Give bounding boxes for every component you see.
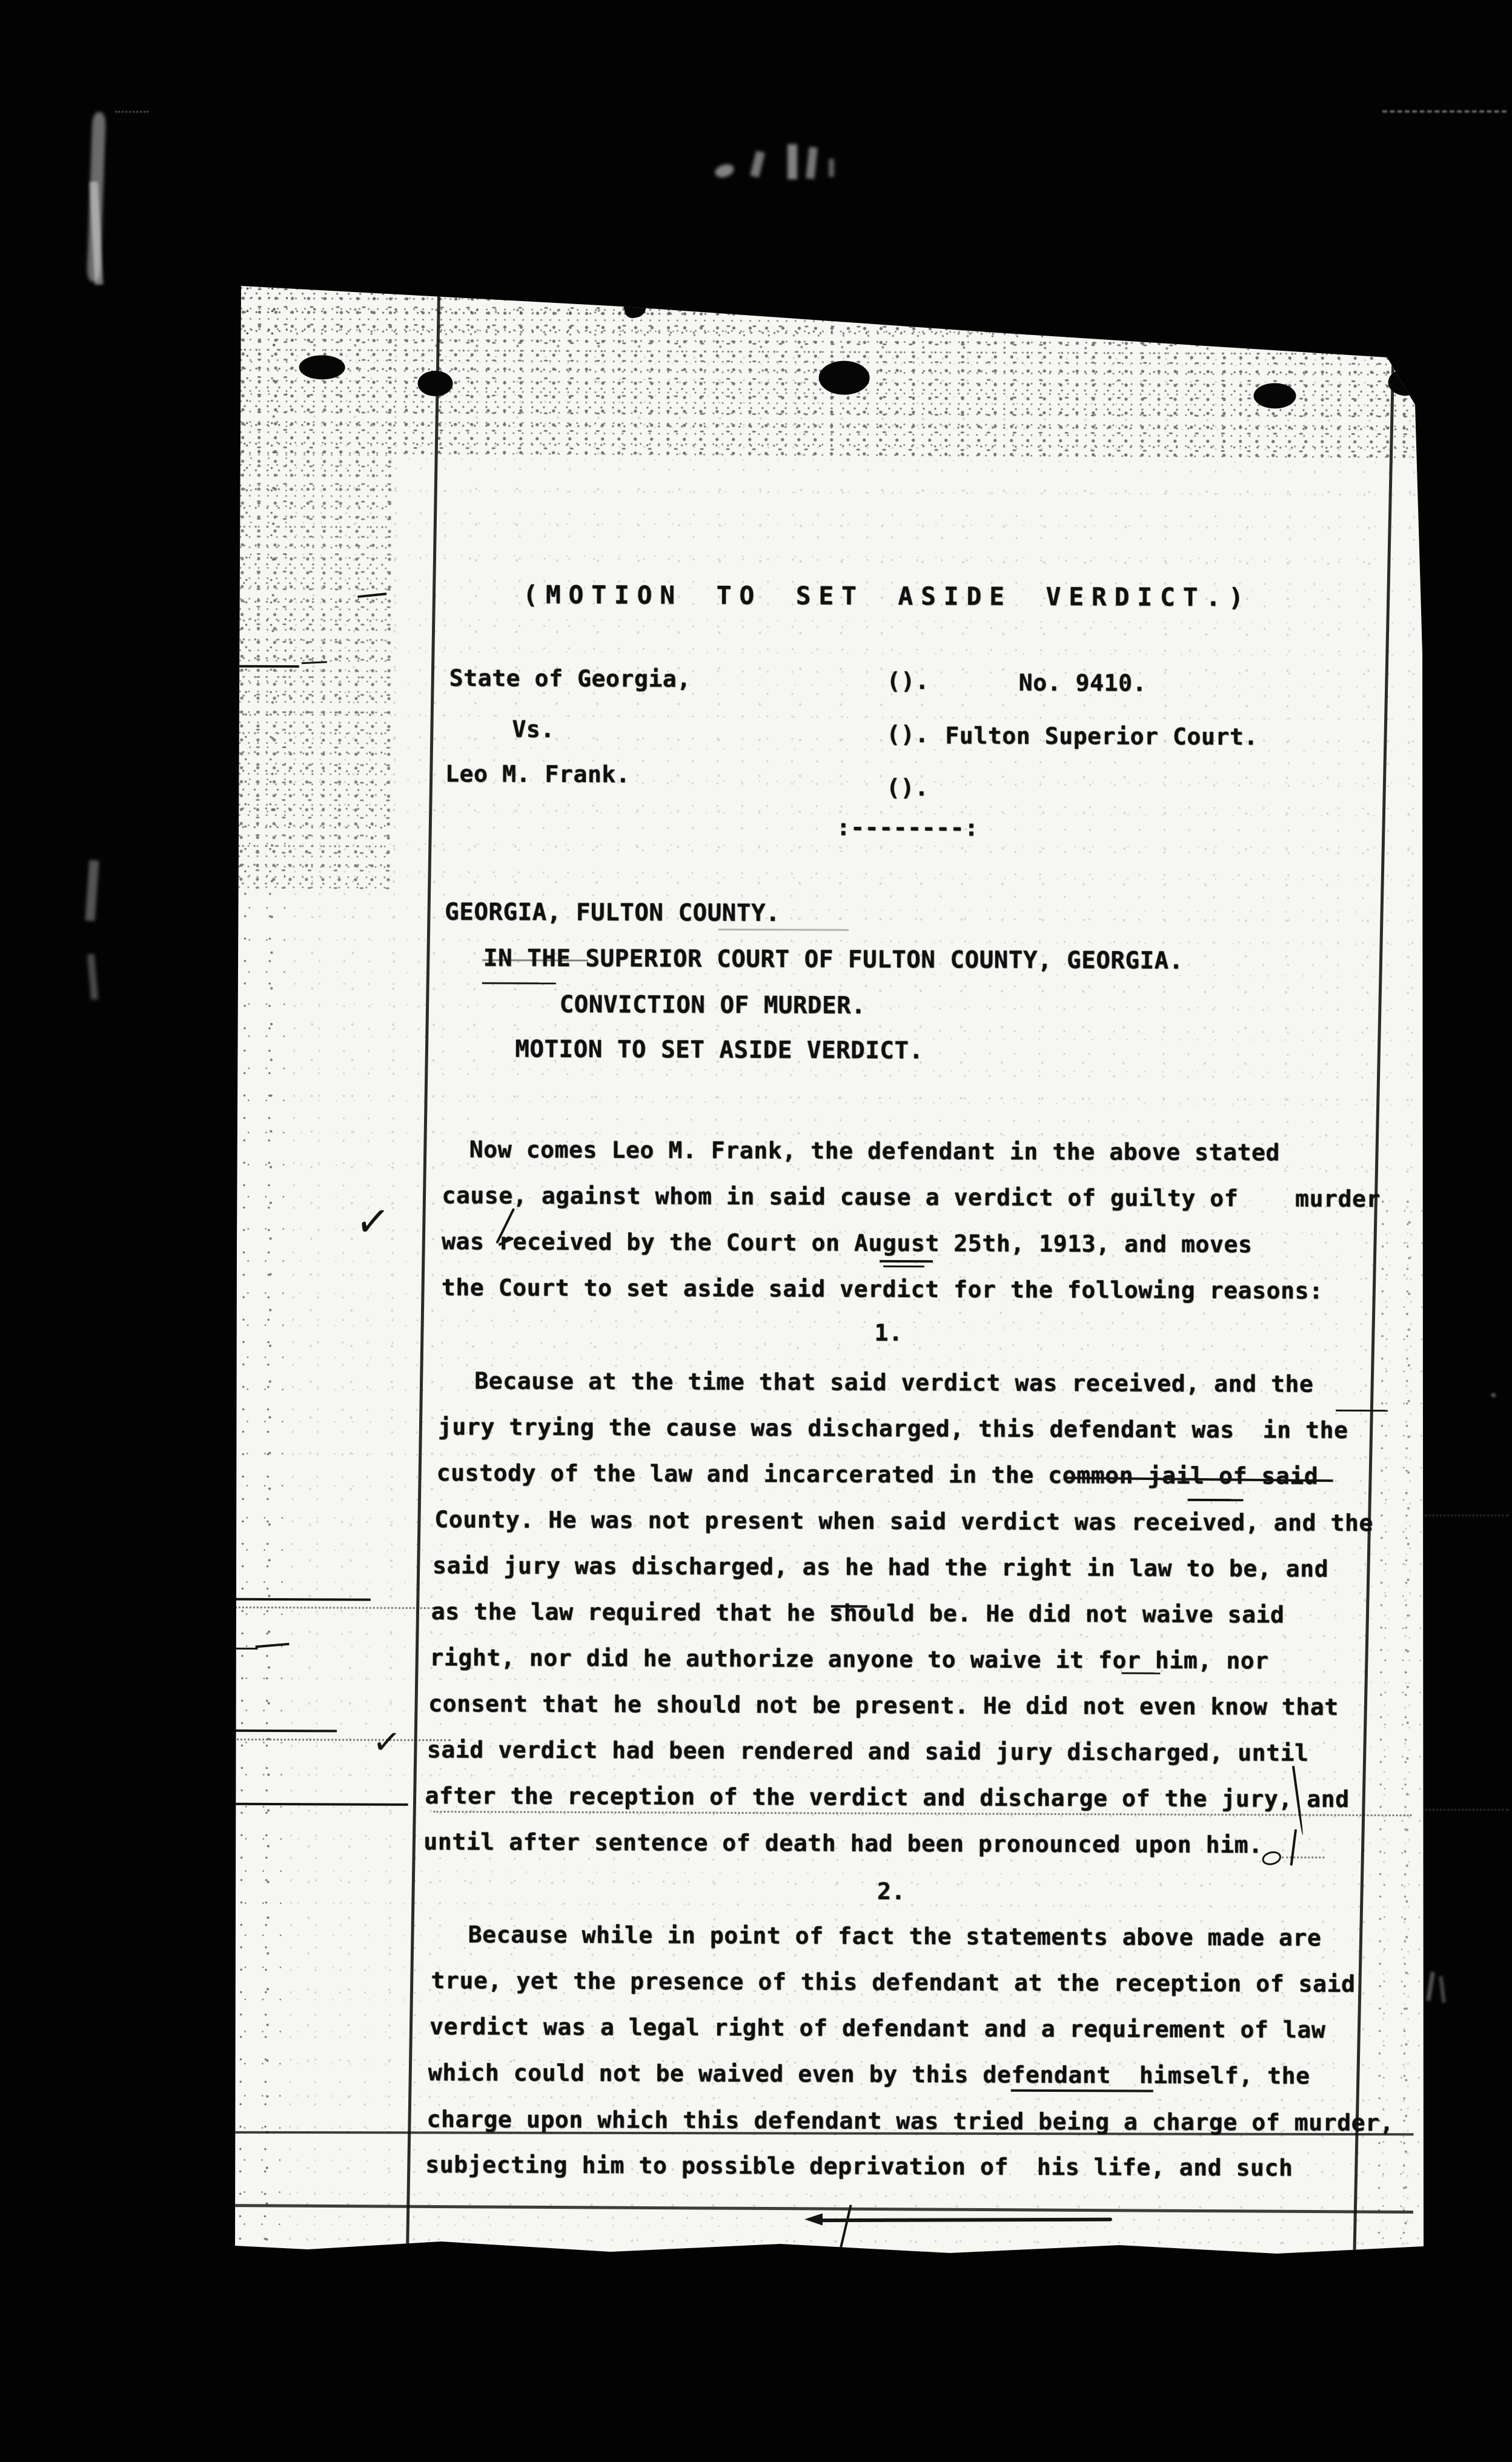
- heading-county: GEORGIA, FULTON COUNTY.: [445, 900, 780, 927]
- pen-dashes: [1282, 1856, 1324, 1858]
- body-line: subjecting him to possible deprivation o…: [425, 2152, 1293, 2181]
- heading-motion: MOTION TO SET ASIDE VERDICT.: [515, 1037, 923, 1064]
- punch-hole: [1388, 369, 1423, 396]
- film-scratch-streak: [87, 954, 98, 1000]
- margin-line: [233, 1730, 337, 1733]
- pen-long-dash: [821, 2218, 1112, 2223]
- caption-separator: :--------:: [837, 815, 979, 841]
- film-scribble: [829, 159, 834, 177]
- body-line: as the law required that he should be. H…: [431, 1599, 1285, 1628]
- heading-conviction: CONVICTION OF MURDER.: [560, 992, 866, 1020]
- punch-hole: [417, 371, 453, 396]
- body-line: right, nor did he authorize anyone to wa…: [429, 1645, 1268, 1674]
- margin-dash: [255, 1643, 289, 1648]
- film-dashed-scratch: [1382, 110, 1507, 113]
- left-rule-line: [406, 285, 440, 2248]
- body-line: Because while in point of fact the state…: [468, 1922, 1322, 1951]
- caption-bracket-3: ().: [886, 775, 929, 801]
- body-line: County. He was not present when said ver…: [434, 1507, 1373, 1536]
- underline-himself: [1011, 2089, 1153, 2092]
- checkmark-icon: ✓: [371, 1722, 403, 1764]
- film-scribble: [787, 144, 797, 179]
- body-line: which could not be waived even by this d…: [428, 2060, 1310, 2089]
- document-title: (MOTION TO SET ASIDE VERDICT.): [523, 582, 1252, 612]
- film-scribble: [806, 147, 817, 179]
- pen-slash: [832, 2205, 852, 2281]
- checkmark-icon: ✓: [353, 1195, 392, 1250]
- edge-speckle-bottom-left: [233, 454, 392, 892]
- margin-dotted-line: [233, 1739, 451, 1741]
- body-line: was received by the Court on August 25th…: [442, 1229, 1252, 1258]
- body-line: consent that he should not be present. H…: [428, 1691, 1339, 1720]
- body-line: said jury was discharged, as he had the …: [433, 1553, 1328, 1582]
- film-scratch-streak: [90, 182, 104, 285]
- body-line: charge upon which this defendant was tri…: [426, 2107, 1394, 2136]
- punch-hole: [299, 355, 345, 379]
- court-name: Fulton Superior Court.: [945, 723, 1258, 750]
- margin-dash: [230, 1648, 258, 1650]
- body-line: Because at the time that said verdict wa…: [474, 1369, 1313, 1397]
- caption-bracket-1: ().: [887, 669, 930, 694]
- case-number: No. 9410.: [1019, 671, 1147, 697]
- document-page: (MOTION TO SET ASIDE VERDICT.) State of …: [235, 277, 1426, 2260]
- margin-dotted-line: [234, 1607, 434, 1609]
- body-line: the Court to set aside said verdict for …: [442, 1275, 1324, 1304]
- body-line: Now comes Leo M. Frank, the defendant in…: [469, 1137, 1280, 1166]
- caption-vs: Vs.: [512, 717, 555, 743]
- punch-hole: [818, 360, 869, 394]
- caption-bracket-2: ().: [886, 722, 929, 748]
- film-scratch-streak: [87, 112, 106, 282]
- body-line: verdict was a legal right of defendant a…: [429, 2014, 1325, 2043]
- punch-hole: [1253, 383, 1296, 408]
- pen-curve: [1290, 1829, 1298, 1865]
- film-dashed-scratch: [115, 111, 148, 113]
- underline-for: [1121, 1672, 1160, 1674]
- pencil-line: [482, 982, 556, 984]
- body-line: jury trying the cause was discharged, th…: [438, 1415, 1348, 1444]
- margin-line: [234, 1598, 371, 1601]
- film-speck: [1491, 1393, 1496, 1397]
- microfilm-frame: (MOTION TO SET ASIDE VERDICT.) State of …: [0, 0, 1512, 2462]
- film-scribble: [750, 151, 765, 178]
- film-line-continuation: [1425, 1515, 1508, 1516]
- section-number-1: 1.: [874, 1321, 903, 1346]
- underline-august: [883, 1266, 924, 1267]
- smudge-line: [718, 929, 849, 931]
- film-scribble: [1426, 1972, 1434, 2002]
- edge-speckle-right: [1367, 1190, 1423, 2264]
- film-scribble: [1439, 1976, 1445, 2003]
- pen-dash: [831, 1605, 867, 1608]
- paper-grain: [228, 277, 1427, 2265]
- heading-court: IN THE SUPERIOR COURT OF FULTON COUNTY, …: [483, 946, 1184, 974]
- body-line: custody of the law and incarcerated in t…: [437, 1461, 1319, 1489]
- arrowhead-icon: [804, 2213, 823, 2225]
- caption-party1: State of Georgia,: [449, 666, 691, 692]
- underline-jail: [1187, 1499, 1243, 1501]
- body-line: until after sentence of death had been p…: [423, 1830, 1262, 1858]
- caption-party2: Leo M. Frank.: [445, 761, 630, 788]
- pen-squiggle: [1261, 1850, 1283, 1867]
- film-scratch-streak: [85, 860, 99, 921]
- margin-line: [230, 1803, 408, 1806]
- film-scribble: [714, 162, 736, 180]
- body-line: true, yet the presence of this defendant…: [431, 1968, 1355, 1997]
- body-line: cause, against whom in said cause a verd…: [442, 1183, 1381, 1212]
- body-line: said verdict had been rendered and said …: [427, 1737, 1309, 1766]
- underline-august: [880, 1260, 933, 1263]
- pencil-dash: [1336, 1410, 1388, 1412]
- body-line: after the reception of the verdict and d…: [425, 1783, 1350, 1813]
- right-rule-line: [1353, 342, 1395, 2250]
- film-line-continuation: [1417, 1809, 1508, 1811]
- section-number-2: 2.: [877, 1879, 906, 1905]
- pencil-dash: [234, 665, 299, 668]
